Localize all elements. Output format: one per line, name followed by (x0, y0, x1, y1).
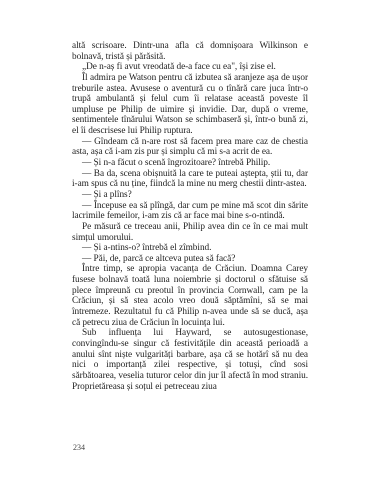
dialogue-paragraph: — Gîndeam că n-are rost să facem prea ma… (72, 137, 308, 158)
dialogue-paragraph: — Și a plîns? (72, 190, 308, 201)
page-number: 234 (73, 443, 85, 452)
dialogue-paragraph: — Și n-a făcut o scenă îngrozitoare? înt… (72, 158, 308, 169)
paragraph: „De n-aș fi avut vreodată de-a face cu e… (72, 62, 308, 73)
book-page-text: altă scrisoare. Dintr-una afla că domniș… (72, 41, 308, 392)
paragraph: Îl admira pe Watson pentru că izbutea să… (72, 73, 308, 137)
paragraph: Pe măsură ce treceau anii, Philip avea d… (72, 222, 308, 243)
dialogue-paragraph: — Ba da, scena obișnuită la care te pute… (72, 169, 308, 190)
paragraph: altă scrisoare. Dintr-una afla că domniș… (72, 41, 308, 62)
dialogue-paragraph: — Păi, de, parcă ce altceva putea să fac… (72, 254, 308, 265)
dialogue-paragraph: — Începuse ea să plîngă, dar cum pe mine… (72, 201, 308, 222)
dialogue-paragraph: — Și a-ntins-o? întrebă el zîmbind. (72, 243, 308, 254)
paragraph: Sub influența lui Hayward, se autosugest… (72, 328, 308, 392)
paragraph: Între timp, se apropia vacanța de Crăciu… (72, 264, 308, 328)
